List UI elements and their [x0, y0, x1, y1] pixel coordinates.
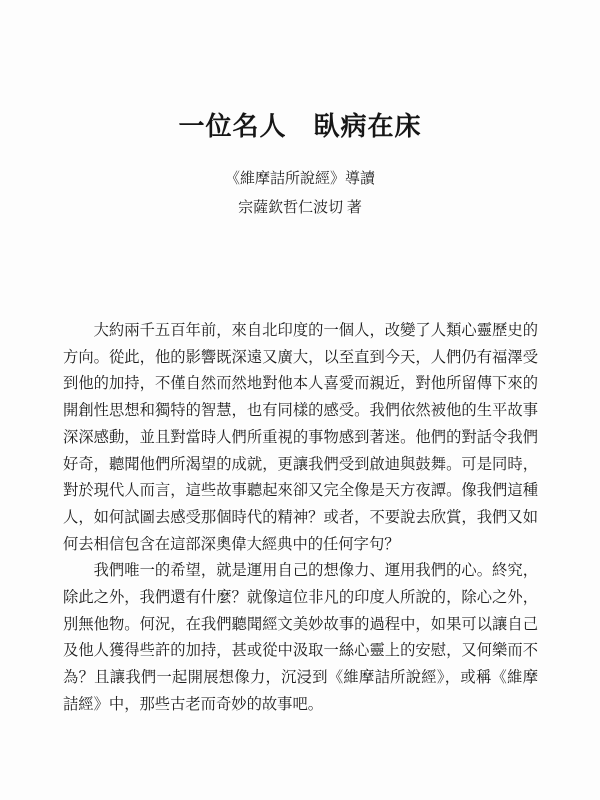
chapter-subtitle: 《維摩詰所說經》導讀	[0, 169, 600, 189]
paragraph: 大約兩千五百年前，來自北印度的一個人，改變了人類心靈歷史的方向。從此，他的影響既…	[63, 318, 538, 558]
paragraph: 我們唯一的希望，就是運用自己的想像力、運用我們的心。終究，除此之外，我們還有什麼…	[63, 558, 538, 718]
chapter-title: 一位名人 臥病在床	[0, 112, 600, 142]
book-page: 一位名人 臥病在床 《維摩詰所說經》導讀 宗薩欽哲仁波切 著 大約兩千五百年前，…	[0, 0, 600, 800]
chapter-body: 大約兩千五百年前，來自北印度的一個人，改變了人類心靈歷史的方向。從此，他的影響既…	[63, 318, 538, 719]
chapter-author: 宗薩欽哲仁波切 著	[0, 198, 600, 218]
